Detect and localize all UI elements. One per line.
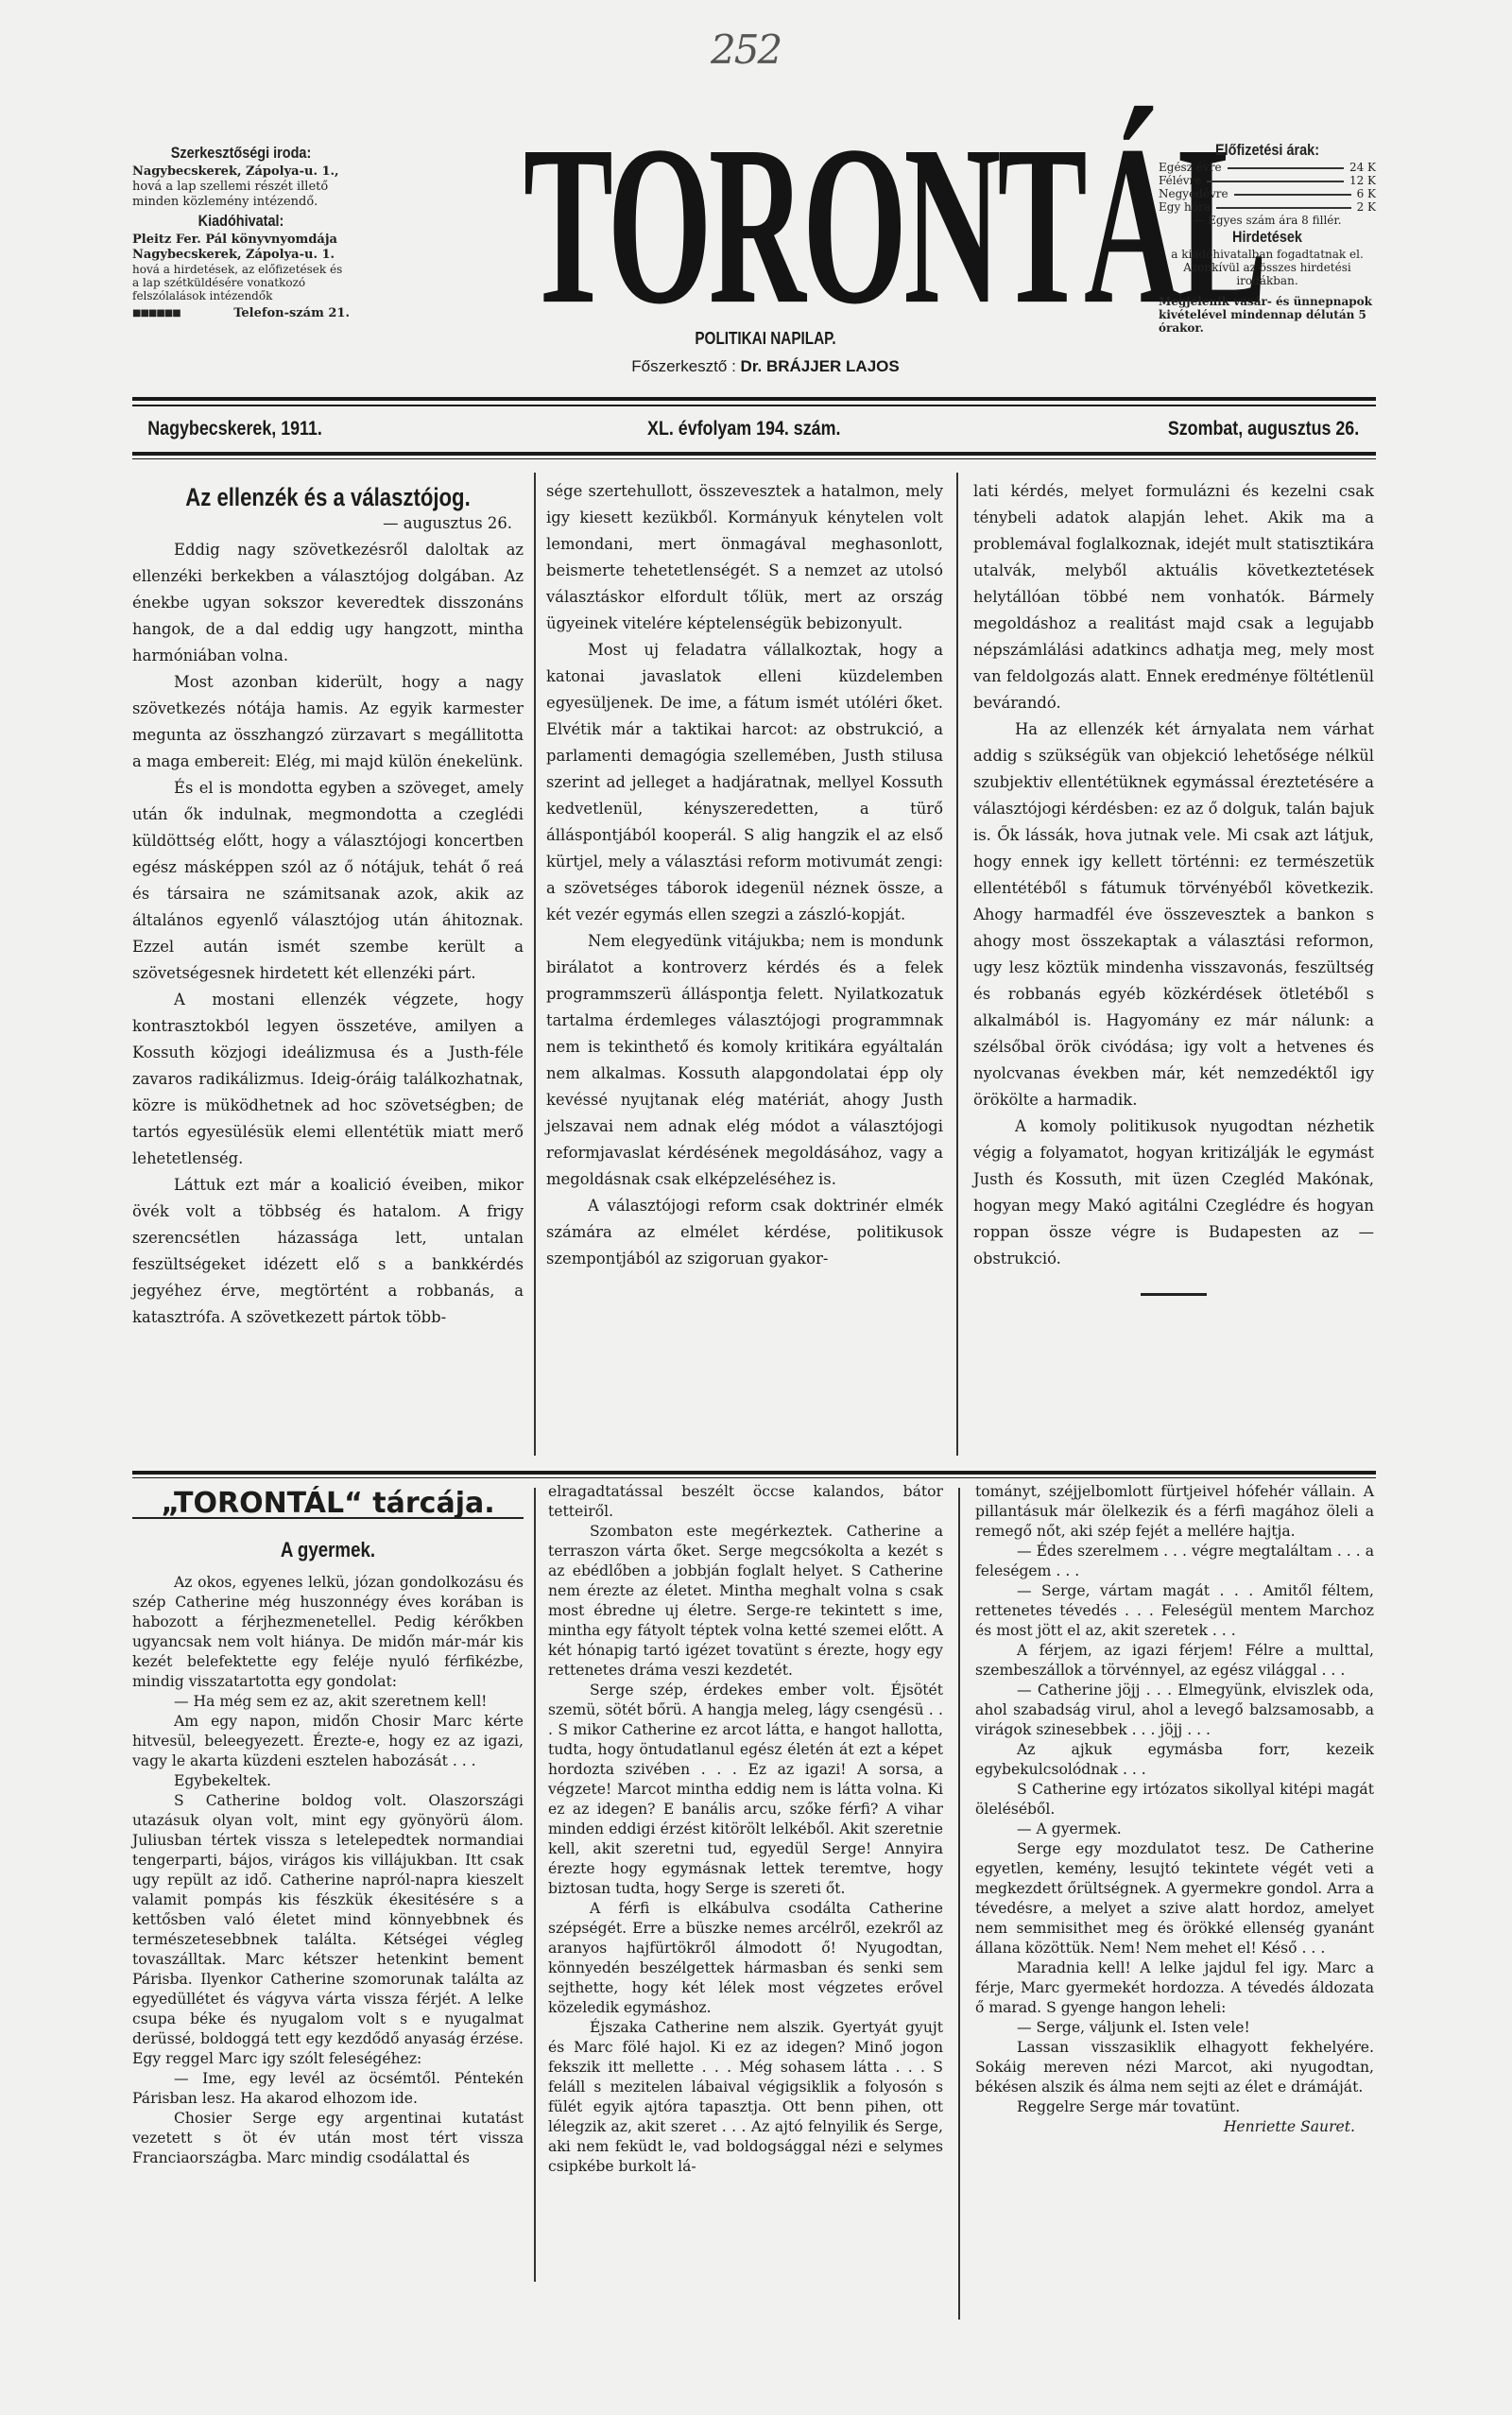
price-label: Egész évre [1159, 161, 1222, 174]
story-paragraph: Egybekeltek. [132, 1771, 524, 1791]
office-note: hová a lap szellemi részét illető minden… [132, 180, 350, 210]
dateline-volume-issue: XL. évfolyam 194. szám. [647, 418, 840, 440]
article-paragraph: A komoly politikusok nyugodtan nézhetik … [973, 1113, 1374, 1272]
story-title: A gyermek. [162, 1540, 494, 1560]
publisher-heading: Kiadóhivatal: [148, 214, 334, 229]
story-paragraph: S Catherine boldog volt. Olaszországi ut… [132, 1791, 524, 2069]
story-paragraph: — Ime, egy levél az öcsémtől. Péntekén P… [132, 2069, 524, 2109]
editor-line: Főszerkesztő : Dr. BRÁJJER LAJOS [529, 357, 1002, 376]
column-divider [534, 473, 536, 1456]
article-paragraph: Most uj feladatra vállalkoztak, hogy a k… [546, 637, 943, 928]
story-paragraph: Éjszaka Catherine nem alszik. Gyertyát g… [548, 2018, 943, 2177]
story-paragraph: Lassan visszasiklik elhagyott fekhelyére… [975, 2038, 1374, 2097]
story-paragraph: — Serge, váljunk el. Isten vele! [975, 2018, 1374, 2038]
dateline-place-year: Nagybecskerek, 1911. [147, 418, 322, 440]
article-paragraph: Eddig nagy szövetkezésről daloltak az el… [132, 537, 524, 669]
publisher-address: Nagybecskerek, Zápolya-u. 1. [132, 248, 350, 263]
price-row: Félévre12 K [1159, 174, 1376, 187]
phone-number: Telefon-szám 21. [132, 306, 350, 321]
story-paragraph: — Édes szerelmem . . . végre megtaláltam… [975, 1542, 1374, 1581]
office-address: Nagybecskerek, Zápolya-u. 1., [132, 164, 350, 180]
story-paragraph: Az okos, egyenes lelkü, józan gondolkozá… [132, 1573, 524, 1692]
price-value: 24 K [1349, 161, 1376, 174]
article-column-2: sége szertehullott, összevesztek a hatal… [546, 478, 943, 1272]
price-label: Félévre [1159, 174, 1201, 187]
feuilleton-column-2: elragadtatással beszélt öccse kalandos, … [548, 1482, 943, 2177]
publication-schedule: Megjelenik vasár- és ünnepnapok kivételé… [1159, 295, 1376, 335]
rule-top-thin [132, 405, 1376, 406]
story-paragraph: Chosier Serge egy argentinai kutatást ve… [132, 2109, 524, 2168]
article-paragraph: És el is mondotta egyben a szöveget, ame… [132, 775, 524, 987]
story-paragraph: Serge szép, érdekes ember volt. Éjsötét … [548, 1681, 943, 1899]
article-title: Az ellenzék és a választójog. [167, 484, 488, 510]
story-paragraph: A férjem, az igazi férjem! Félre a multt… [975, 1641, 1374, 1681]
story-paragraph: — A gyermek. [975, 1820, 1374, 1839]
price-row: Negyedévre6 K [1159, 187, 1376, 200]
article-paragraph: lati kérdés, melyet formulázni és kezeln… [973, 478, 1374, 716]
article-date: — augusztus 26. [132, 510, 512, 537]
article-paragraph: Most azonban kiderült, hogy a nagy szöve… [132, 669, 524, 775]
rule-feuilleton-thin [132, 1477, 1376, 1478]
story-paragraph: — Catherine jöjj . . . Elmegyünk, elvisz… [975, 1681, 1374, 1740]
article-paragraph: Ha az ellenzék két árnyalata nem várhat … [973, 716, 1374, 1113]
article-paragraph: sége szertehullott, összevesztek a hatal… [546, 478, 943, 637]
story-paragraph: elragadtatással beszélt öccse kalandos, … [548, 1482, 943, 1522]
article-end-rule [1141, 1293, 1207, 1296]
feuilleton-column-1: „TORONTÁL“ tárcája. A gyermek. Az okos, … [132, 1488, 524, 2168]
office-heading: Szerkesztőségi iroda: [148, 146, 334, 161]
article-paragraph: Láttuk ezt már a koalició éveiben, mikor… [132, 1172, 524, 1331]
ads-heading: Hirdetések [1175, 231, 1360, 244]
article-paragraph: Nem elegyedünk vitájukba; nem is mondunk… [546, 928, 943, 1193]
story-paragraph: — Serge, vártam magát . . . Amitől félte… [975, 1581, 1374, 1641]
handwritten-page-number: 252 [711, 26, 781, 73]
masthead-right-info: Előfizetési árak: Egész évre24 K Félévre… [1159, 140, 1376, 335]
column-divider [958, 1488, 960, 2320]
price-value: 2 K [1357, 200, 1376, 214]
price-value: 12 K [1349, 174, 1376, 187]
publisher-note: hová a hirdetések, az előfizetések és a … [132, 263, 350, 302]
dateline-date: Szombat, augusztus 26. [1168, 418, 1359, 440]
price-row: Egész évre24 K [1159, 161, 1376, 174]
price-row: Egy hóra2 K [1159, 200, 1376, 214]
story-paragraph: Az ajkuk egymásba forr, kezeik egybekulc… [975, 1740, 1374, 1780]
column-divider [956, 473, 958, 1456]
newspaper-subtitle: POLITIKAI NAPILAP. [565, 329, 967, 349]
newspaper-page: 252 Szerkesztőségi iroda: Nagybecskerek,… [0, 0, 1512, 2415]
column-divider [534, 1488, 536, 2282]
publisher-name: Pleitz Fer. Pál könyvnyomdája [132, 233, 350, 248]
article-column-1: Az ellenzék és a választójog. — augusztu… [132, 476, 524, 1331]
story-paragraph: Reggelre Serge már tovatünt. [975, 2097, 1374, 2117]
rule-dateline-bottom [132, 452, 1376, 456]
story-author: Henriette Sauret. [975, 2117, 1355, 2137]
feuilleton-heading: „TORONTÁL“ tárcája. [132, 1493, 524, 1519]
rule-feuilleton-thick [132, 1471, 1376, 1475]
story-paragraph: Szombaton este megérkeztek. Catherine a … [548, 1522, 943, 1681]
story-paragraph: S Catherine egy irtózatos sikollyal kité… [975, 1780, 1374, 1820]
editor-name: Dr. BRÁJJER LAJOS [741, 357, 900, 375]
story-paragraph: A férfi is elkábulva csodálta Catherine … [548, 1899, 943, 2018]
story-paragraph: — Ha még sem ez az, akit szeretnem kell! [132, 1692, 524, 1712]
prices-heading: Előfizetési árak: [1175, 144, 1360, 157]
feuilleton-column-3: tományt, széjjelbomlott fürtjeivel hófeh… [975, 1482, 1374, 2137]
price-label: Negyedévre [1159, 187, 1228, 200]
price-label: Egy hóra [1159, 200, 1211, 214]
article-paragraph: A mostani ellenzék végzete, hogy kontras… [132, 987, 524, 1172]
article-paragraph: A választójogi reform csak doktrinér elm… [546, 1193, 943, 1272]
newspaper-title: TORONTÁL [524, 121, 1004, 330]
ads-text: a kiadóhivatalban fogadtatnak el. Azonkí… [1159, 248, 1376, 287]
single-issue-price: — Egyes szám ára 8 fillér. [1159, 214, 1376, 227]
dateline: Nagybecskerek, 1911. XL. évfolyam 194. s… [132, 418, 1376, 440]
story-paragraph: Maradnia kell! A lelke jajdul fel igy. M… [975, 1958, 1374, 2018]
rule-dateline-bottom-thin [132, 458, 1376, 459]
article-column-3: lati kérdés, melyet formulázni és kezeln… [973, 478, 1374, 1296]
story-paragraph: Serge egy mozdulatot tesz. De Catherine … [975, 1839, 1374, 1958]
editor-label: Főszerkesztő : [631, 357, 736, 375]
story-paragraph: tományt, széjjelbomlott fürtjeivel hófeh… [975, 1482, 1374, 1542]
price-value: 6 K [1357, 187, 1376, 200]
story-paragraph: Am egy napon, midőn Chosir Marc kérte hi… [132, 1712, 524, 1771]
masthead-left-info: Szerkesztőségi iroda: Nagybecskerek, Záp… [132, 142, 350, 321]
rule-top-thick [132, 397, 1376, 401]
